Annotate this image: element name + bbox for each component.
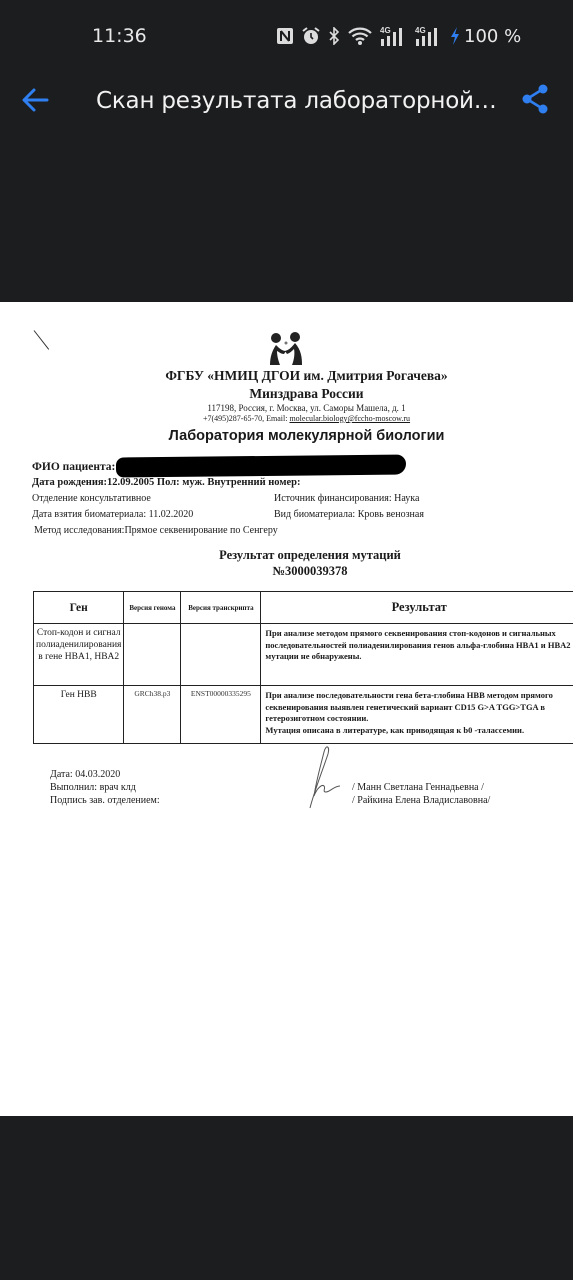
- result-number: №3000039378: [180, 564, 440, 579]
- report-date: Дата: 04.03.2020: [50, 768, 160, 781]
- cell-gene: Ген HBB: [34, 686, 124, 744]
- nfc-icon: [276, 27, 294, 45]
- back-button[interactable]: [18, 86, 52, 118]
- cell-transcript: [181, 624, 261, 686]
- pen-mark: [34, 330, 50, 350]
- performed-by: Выполнил: врач клд: [50, 781, 160, 794]
- org-email: molecular.biology@fccho-moscow.ru: [289, 414, 410, 423]
- share-icon: [521, 84, 549, 119]
- table-row: Ген HBB GRCh38.p3 ENST00000335295 При ан…: [34, 686, 573, 744]
- result-note: Мутация описана в литературе, как привод…: [265, 725, 573, 737]
- results-table: Ген Версия генома Версия транскрипта Рез…: [33, 591, 573, 744]
- org-address: 117198, Россия, г. Москва, ул. Саморы Ма…: [20, 403, 573, 413]
- share-button[interactable]: [519, 85, 551, 117]
- org-phone: +7(495)287-65-70, Email:: [203, 414, 290, 423]
- patient-name-label: ФИО пациента:: [32, 461, 115, 473]
- cell-result: При анализе методом прямого секвенирован…: [261, 624, 573, 686]
- status-bar: 11:36 4G 4G 100 %: [0, 0, 573, 72]
- col-genome-version: Версия генома: [124, 592, 181, 624]
- table-header-row: Ген Версия генома Версия транскрипта Рез…: [34, 592, 573, 624]
- alarm-icon: [301, 26, 321, 46]
- cell-gene: Стоп-кодон и сигнал полиаденилирования в…: [34, 624, 124, 686]
- result-title: Результат определения мутаций: [180, 548, 440, 563]
- battery-level: 100 %: [464, 26, 521, 47]
- cell-genome: [124, 624, 181, 686]
- redaction-mark: [116, 454, 406, 477]
- svg-text:4G: 4G: [415, 26, 426, 35]
- 4g-signal-icon: 4G: [380, 25, 408, 47]
- cell-genome: GRCh38.p3: [124, 686, 181, 744]
- lab-name: Лаборатория молекулярной биологии: [20, 428, 573, 444]
- method: Метод исследования:Прямое секвенирование…: [34, 525, 278, 536]
- col-transcript-version: Версия транскрипта: [181, 592, 261, 624]
- funding-source: Источник финансирования: Наука: [274, 493, 419, 504]
- col-result: Результат: [261, 592, 573, 624]
- status-icons: 4G 4G 100 %: [276, 24, 521, 48]
- sample-type: Вид биоматериала: Кровь венозная: [274, 509, 424, 520]
- performer-name: / Манн Светлана Геннадьевна /: [352, 781, 490, 794]
- wifi-icon: [347, 26, 373, 46]
- 4g-signal-icon: 4G: [415, 25, 443, 47]
- head-signature-label: Подпись зав. отделением:: [50, 794, 160, 807]
- head-name: / Райкина Елена Владиславовна/: [352, 794, 490, 807]
- footer-right: / Манн Светлана Геннадьевна / / Райкина …: [352, 781, 490, 807]
- signature-icon: [300, 742, 360, 817]
- org-ministry: Минздрава России: [20, 386, 573, 402]
- arrow-left-icon: [21, 88, 49, 117]
- charging-icon: [450, 27, 460, 45]
- svg-text:4G: 4G: [380, 26, 391, 35]
- page-title: Скан результата лабораторной…: [96, 88, 497, 114]
- footer-left: Дата: 04.03.2020 Выполнил: врач клд Подп…: [50, 768, 160, 807]
- app-bar: Скан результата лабораторной…: [0, 72, 573, 132]
- patient-dob: Дата рождения:12.09.2005 Пол: муж. Внутр…: [32, 477, 301, 488]
- document-scan-image[interactable]: ФГБУ «НМИЦ ДГОИ им. Дмитрия Рогачева» Ми…: [0, 302, 573, 1116]
- table-row: Стоп-кодон и сигнал полиаденилирования в…: [34, 624, 573, 686]
- cell-transcript: ENST00000335295: [181, 686, 261, 744]
- sample-date: Дата взятия биоматериала: 11.02.2020: [32, 509, 193, 520]
- org-contacts: +7(495)287-65-70, Email: molecular.biolo…: [20, 414, 573, 423]
- department: Отделение консультативное: [32, 493, 151, 504]
- col-gene: Ген: [34, 592, 124, 624]
- result-text: При анализе последовательности гена бета…: [265, 690, 573, 725]
- org-name: ФГБУ «НМИЦ ДГОИ им. Дмитрия Рогачева»: [20, 368, 573, 384]
- cell-result: При анализе последовательности гена бета…: [261, 686, 573, 744]
- bluetooth-icon: [328, 27, 340, 45]
- clock: 11:36: [92, 25, 147, 47]
- children-logo-icon: [266, 332, 306, 371]
